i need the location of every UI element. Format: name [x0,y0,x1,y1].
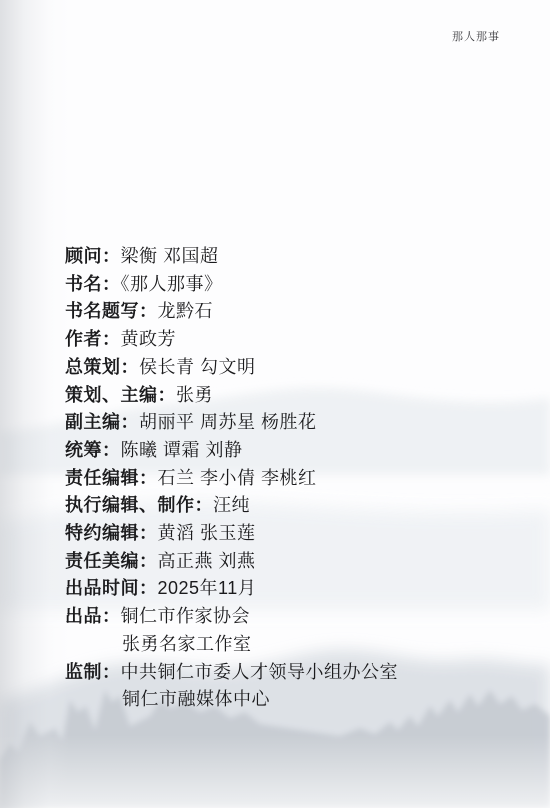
credit-label: 作者： [65,329,121,349]
credit-value: 铜仁市融媒体中心 [122,689,270,709]
credit-line: 书名题写：龙黔石 [65,298,525,326]
credit-value: 张勇 [176,385,213,405]
credit-value: 黄滔 张玉莲 [158,523,256,543]
credit-line: 执行编辑、制作：汪纯 [65,492,525,520]
credit-label: 书名题写： [65,301,158,321]
credit-value: 陈曦 谭霜 刘静 [121,440,243,460]
colophon-page: 那人那事 顾问：梁衡 邓国超书名：《那人那事》书名题写：龙黔石作者：黄政芳总策划… [0,0,550,808]
credit-label: 书名： [65,274,121,294]
credit-label: 顾问： [65,246,121,266]
credit-line: 出品：铜仁市作家协会 [65,603,525,631]
running-head-title: 那人那事 [452,28,500,44]
credit-line: 监制：中共铜仁市委人才领导小组办公室 [65,659,525,687]
credit-line: 张勇名家工作室 [65,631,525,659]
credit-label: 责任编辑： [65,468,158,488]
credit-line: 铜仁市融媒体中心 [65,686,525,714]
credit-value: 铜仁市作家协会 [121,606,251,626]
credit-line: 责任编辑：石兰 李小倩 李桃红 [65,465,525,493]
credit-label: 责任美编： [65,551,158,571]
credit-label: 特约编辑： [65,523,158,543]
credit-value: 高正燕 刘燕 [158,551,256,571]
credit-value: 龙黔石 [158,301,214,321]
credit-value: 2025年11月 [158,578,257,598]
credit-line: 顾问：梁衡 邓国超 [65,243,525,271]
credit-value: 《那人那事》 [121,274,223,294]
credit-label: 策划、主编： [65,385,176,405]
credit-line: 特约编辑：黄滔 张玉莲 [65,520,525,548]
credit-label: 出品时间： [65,578,158,598]
credit-line: 出品时间：2025年11月 [65,575,525,603]
bottom-mist-fade [0,735,550,808]
credit-value: 张勇名家工作室 [122,634,252,654]
credit-line: 责任美编：高正燕 刘燕 [65,548,525,576]
credit-value: 胡丽平 周苏星 杨胜花 [139,412,317,432]
credit-value: 石兰 李小倩 李桃红 [158,468,317,488]
credit-label: 出品： [65,606,121,626]
credit-value: 梁衡 邓国超 [121,246,219,266]
credit-label: 总策划： [65,357,139,377]
credit-label: 统筹： [65,440,121,460]
credit-line: 总策划：侯长青 勾文明 [65,354,525,382]
credit-value: 侯长青 勾文明 [139,357,256,377]
credit-label: 监制： [65,662,121,682]
credit-line: 策划、主编：张勇 [65,382,525,410]
credit-value: 黄政芳 [121,329,177,349]
credit-value: 中共铜仁市委人才领导小组办公室 [121,662,399,682]
credit-line: 作者：黄政芳 [65,326,525,354]
credit-line: 书名：《那人那事》 [65,271,525,299]
credits-list: 顾问：梁衡 邓国超书名：《那人那事》书名题写：龙黔石作者：黄政芳总策划：侯长青 … [65,243,525,714]
credit-line: 副主编：胡丽平 周苏星 杨胜花 [65,409,525,437]
credit-line: 统筹：陈曦 谭霜 刘静 [65,437,525,465]
credit-label: 执行编辑、制作： [65,495,213,515]
credit-value: 汪纯 [213,495,250,515]
credit-label: 副主编： [65,412,139,432]
